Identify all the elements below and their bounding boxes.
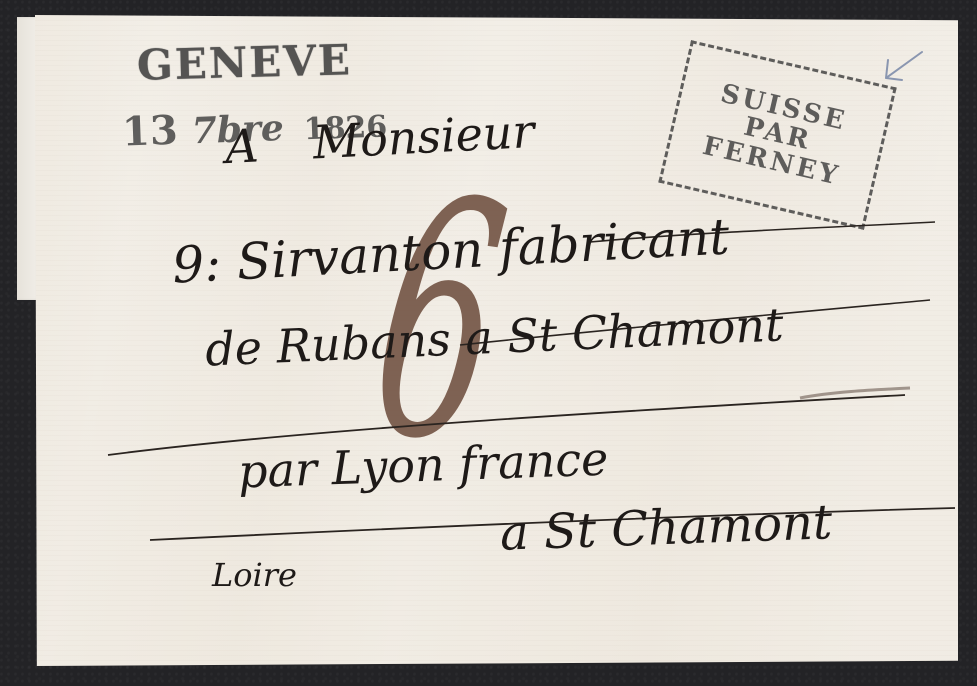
address-salutation: Monsieur <box>312 104 536 170</box>
address-line-1: A Monsieur <box>224 104 536 174</box>
address-line-4: par Lyon france <box>237 432 609 499</box>
address-line-3: de Rubans a St Chamont <box>204 297 784 376</box>
address-prefix: A <box>224 118 260 174</box>
address-line-5: a St Chamont <box>499 494 833 562</box>
address-line-6: Loire <box>212 556 297 594</box>
handwritten-address: A Monsieur 9: Sirvanton fabricant de Rub… <box>0 0 977 686</box>
address-line-2: 9: Sirvanton fabricant <box>171 207 731 294</box>
